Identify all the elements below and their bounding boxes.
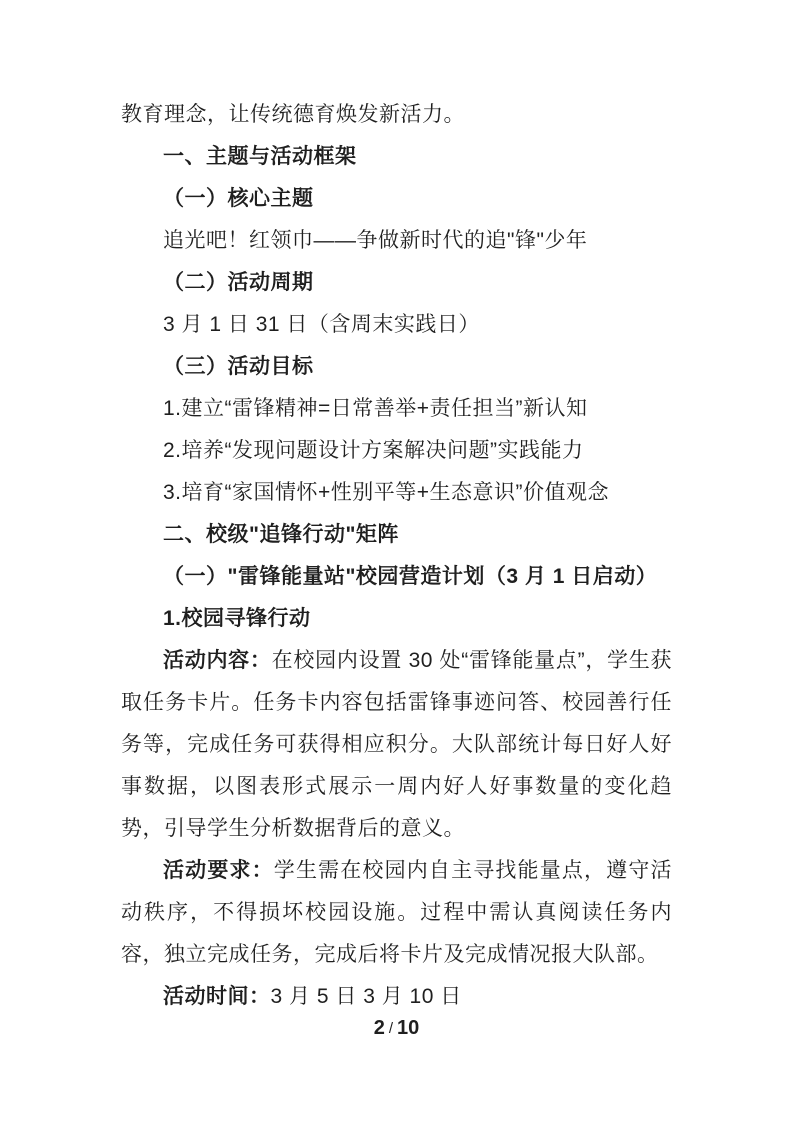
activity-requirements-label: 活动要求： bbox=[163, 859, 274, 882]
heading-section-2: 二、校级"追锋行动"矩阵 bbox=[121, 514, 672, 556]
heading-energy-station-plan: （一）"雷锋能量站"校园营造计划（3 月 1 日启动） bbox=[121, 556, 672, 598]
heading-activity-goals: （三）活动目标 bbox=[121, 346, 672, 388]
paragraph-activity-requirements: 活动要求：学生需在校园内自主寻找能量点，遵守活动秩序，不得损坏校园设施。过程中需… bbox=[121, 850, 672, 976]
paragraph-period-dates: 3 月 1 日 31 日（含周末实践日） bbox=[121, 304, 672, 346]
heading-campus-action: 1.校园寻锋行动 bbox=[121, 598, 672, 640]
paragraph-goal-1: 1.建立“雷锋精神=日常善举+责任担当”新认知 bbox=[121, 388, 672, 430]
heading-section-1: 一、主题与活动框架 bbox=[121, 136, 672, 178]
heading-core-theme: （一）核心主题 bbox=[121, 178, 672, 220]
paragraph-continuation: 教育理念，让传统德育焕发新活力。 bbox=[121, 94, 672, 136]
heading-activity-period: （二）活动周期 bbox=[121, 262, 672, 304]
page-number-separator: / bbox=[385, 1020, 397, 1037]
document-page: 教育理念，让传统德育焕发新活力。 一、主题与活动框架 （一）核心主题 追光吧！红… bbox=[0, 0, 793, 1122]
activity-time-label: 活动时间： bbox=[163, 985, 271, 1008]
page-number-current: 2 bbox=[374, 1017, 385, 1039]
paragraph-goal-3: 3.培育“家国情怀+性别平等+生态意识”价值观念 bbox=[121, 472, 672, 514]
page-number-total: 10 bbox=[397, 1017, 419, 1039]
activity-time-text: 3 月 5 日 3 月 10 日 bbox=[271, 985, 462, 1008]
paragraph-theme-slogan: 追光吧！红领巾——争做新时代的追"锋"少年 bbox=[121, 220, 672, 262]
paragraph-activity-content: 活动内容：在校园内设置 30 处“雷锋能量点”，学生获取任务卡片。任务卡内容包括… bbox=[121, 640, 672, 850]
activity-content-label: 活动内容： bbox=[163, 649, 272, 672]
paragraph-activity-time: 活动时间：3 月 5 日 3 月 10 日 bbox=[121, 976, 672, 1018]
paragraph-goal-2: 2.培养“发现问题设计方案解决问题”实践能力 bbox=[121, 430, 672, 472]
document-body: 教育理念，让传统德育焕发新活力。 一、主题与活动框架 （一）核心主题 追光吧！红… bbox=[121, 94, 672, 1018]
page-number: 2/10 bbox=[0, 1014, 793, 1043]
activity-content-text: 在校园内设置 30 处“雷锋能量点”，学生获取任务卡片。任务卡内容包括雷锋事迹问… bbox=[121, 649, 672, 840]
